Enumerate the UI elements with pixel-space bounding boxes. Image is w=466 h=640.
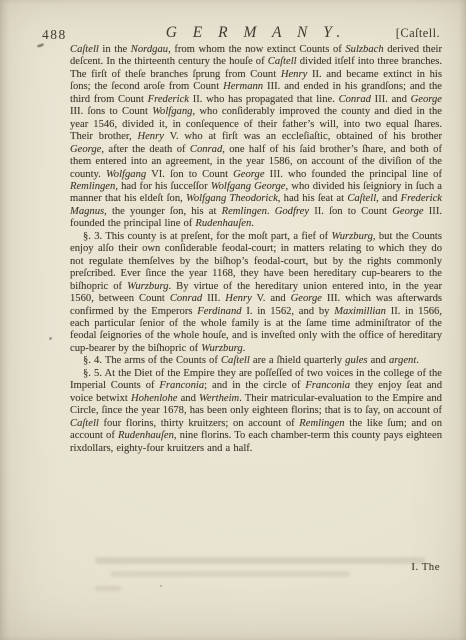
book-page: 488 G E R M A N Y. [Caſtell. Caſtell in … [0, 0, 466, 640]
paragraph: §. 3. This county is at preſent, for the… [70, 231, 442, 356]
ink-bleedthrough [95, 557, 425, 564]
ink-bleedthrough [95, 586, 121, 591]
running-title: G E R M A N Y. [70, 24, 442, 42]
paragraph: §. 5. At the Diet of the Empire they are… [70, 368, 442, 455]
ink-bleedthrough [110, 571, 350, 577]
ink-speck [49, 337, 52, 340]
text-block: Caſtell in the Nordgau, from whom the no… [70, 44, 442, 455]
paragraph: §. 4. The arms of the Counts of Caſtell … [70, 355, 442, 367]
ink-speck [160, 585, 162, 587]
paragraph: Caſtell in the Nordgau, from whom the no… [70, 44, 442, 231]
page-number: 488 [42, 27, 67, 43]
ink-speck [37, 43, 44, 48]
page-header: 488 G E R M A N Y. [Caſtell. [0, 24, 466, 44]
header-section-label: [Caſtell. [396, 26, 440, 41]
